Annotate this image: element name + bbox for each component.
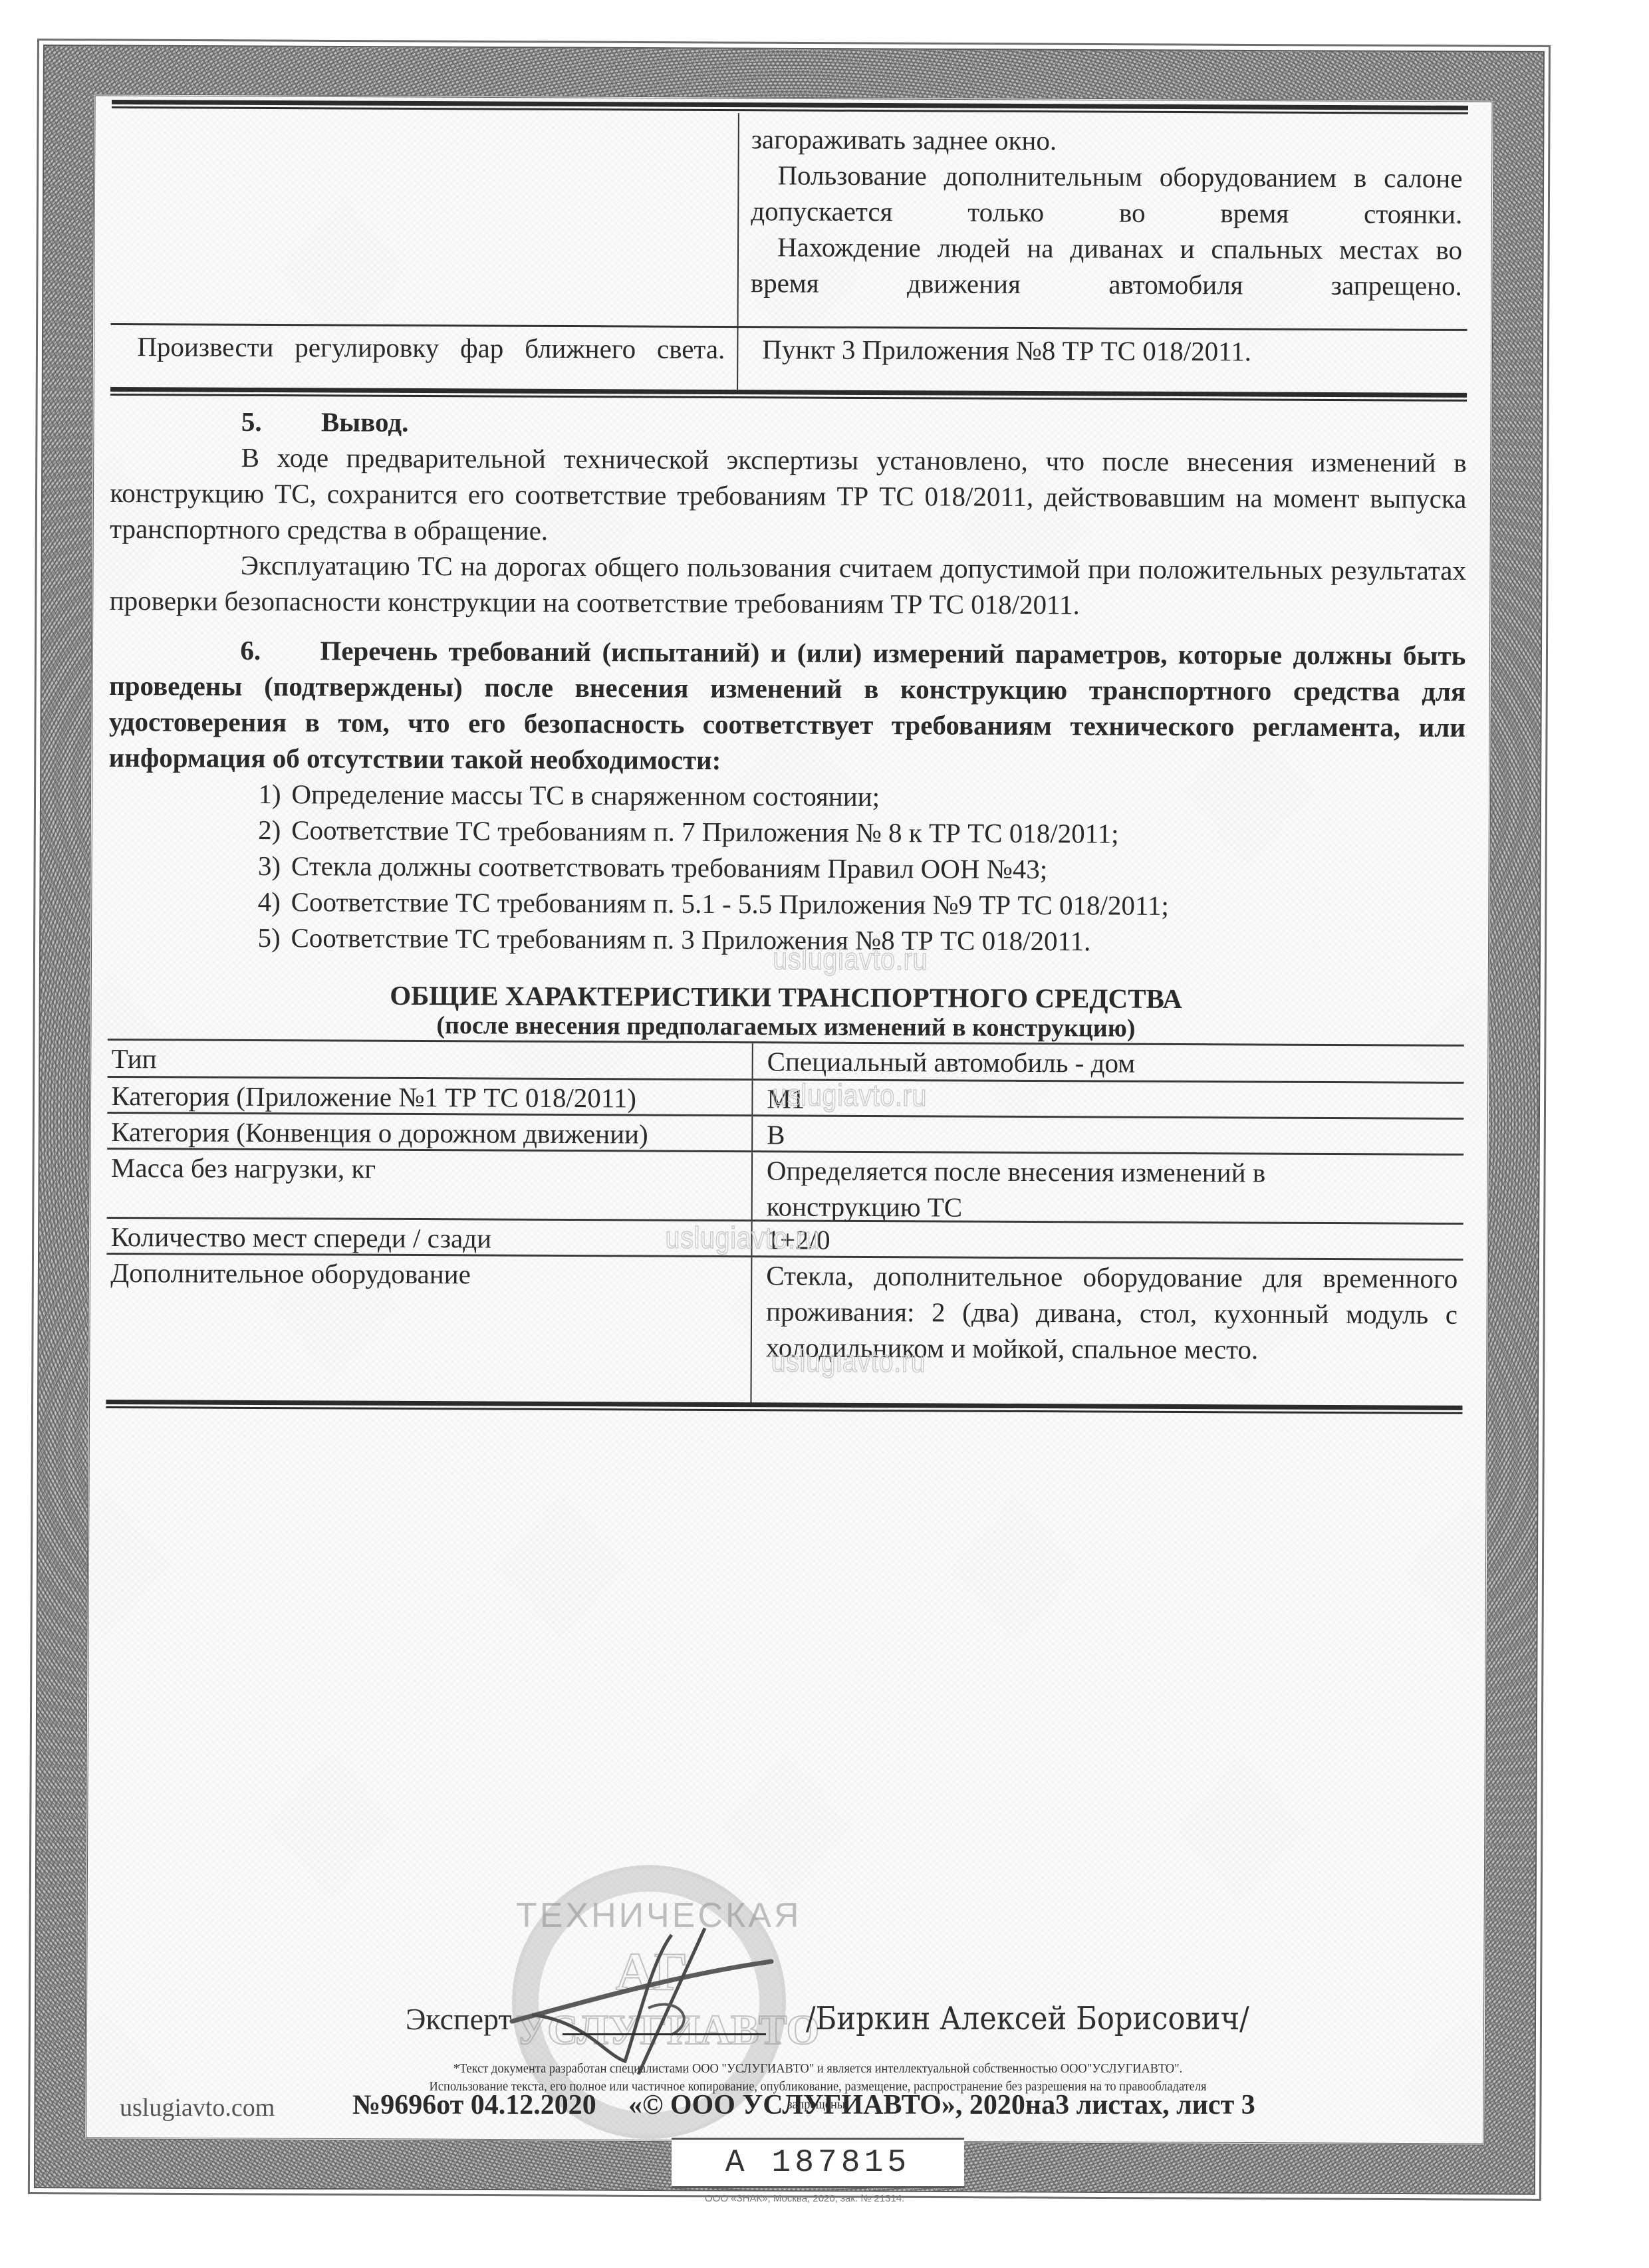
row-label: Количество мест спереди / сзади bbox=[110, 1219, 491, 1256]
row-value: Определяется после внесения изменений в … bbox=[767, 1152, 1365, 1227]
table-row: Масса без нагрузки, кг Определяется посл… bbox=[107, 1148, 1463, 1223]
list-item: 1) Определение массы ТС в снаряженном со… bbox=[258, 776, 1465, 817]
table-column-divider bbox=[750, 1257, 752, 1403]
section-heading: 6. Перечень требований (испытаний) и (ил… bbox=[109, 632, 1466, 781]
list-number: 1) bbox=[258, 776, 291, 812]
row-value: 1+2/0 bbox=[766, 1221, 1458, 1261]
table-cell-right: загораживать заднее окно. Пользование до… bbox=[751, 121, 1463, 304]
handwritten-signature bbox=[505, 1922, 785, 2075]
watermark-text: uslugiavto.ru bbox=[773, 940, 928, 977]
table-cell-left: Произвести регулировку фар ближнего свет… bbox=[113, 328, 725, 367]
row-label: Дополнительное оборудование bbox=[110, 1255, 471, 1292]
signer-name: /Биркин Алексей Борисович/ bbox=[806, 2000, 1249, 2037]
footer-document-number: №9696от 04.12.2020 bbox=[352, 2089, 596, 2121]
cell-text: Пользование дополнительным оборудованием… bbox=[751, 157, 1462, 232]
list-text: Определение массы ТС в снаряженном состо… bbox=[291, 776, 880, 815]
list-text: Стекла должны соответствовать требования… bbox=[291, 848, 1047, 887]
list-text: Соответствие ТС требованиям п. 3 Приложе… bbox=[291, 920, 1090, 959]
document-page: загораживать заднее окно. Пользование до… bbox=[102, 100, 1468, 2167]
list-text: Соответствие ТС требованиям п. 7 Приложе… bbox=[291, 812, 1119, 851]
footer-copyright: «© ООО УСЛУГИАВТО», 2020на3 листах, лист… bbox=[628, 2089, 1255, 2121]
table-row: Категория (Конвенция о дорожном движении… bbox=[107, 1112, 1463, 1154]
list-number: 3) bbox=[258, 848, 291, 884]
section-heading: 5. Вывод. bbox=[110, 403, 1467, 445]
watermark-text: uslugiavto.ru bbox=[771, 1342, 926, 1379]
table-row: Тип Специальный автомобиль - дом bbox=[108, 1039, 1464, 1082]
paragraph: В ходе предварительной технической экспе… bbox=[110, 439, 1467, 553]
table-column-divider bbox=[751, 1152, 753, 1219]
table-row: Дополнительное оборудование Стекла, допо… bbox=[106, 1253, 1463, 1406]
cell-text: загораживать заднее окно. bbox=[751, 121, 1463, 160]
row-label: Категория (Конвенция о дорожном движении… bbox=[111, 1114, 648, 1152]
list-item: 3) Стекла должны соответствовать требова… bbox=[258, 848, 1465, 889]
section-number: 5. bbox=[241, 404, 262, 440]
row-label: Тип bbox=[112, 1041, 157, 1076]
list-number: 5) bbox=[257, 920, 291, 955]
watermark-text: uslugiavto.ru bbox=[665, 1219, 820, 1256]
table-column-divider bbox=[751, 1080, 753, 1114]
list-text: Соответствие ТС требованиям п. 5.1 - 5.5… bbox=[291, 884, 1169, 924]
signer-role: Эксперт bbox=[406, 2001, 512, 2037]
printer-imprint: ООО «ЗНАК», Москва, 2020, зак. № 21314. bbox=[705, 2193, 904, 2204]
list-number: 2) bbox=[258, 812, 291, 848]
row-label: Масса без нагрузки, кг bbox=[111, 1150, 376, 1187]
table-column-divider bbox=[752, 1043, 753, 1078]
section-requirements: 6. Перечень требований (испытаний) и (ил… bbox=[108, 632, 1465, 961]
requirements-list: 1) Определение массы ТС в снаряженном со… bbox=[108, 775, 1465, 961]
list-number: 4) bbox=[258, 884, 291, 920]
list-item: 2) Соответствие ТС требованиям п. 7 Прил… bbox=[258, 812, 1465, 853]
table-bottom-double-rule bbox=[110, 387, 1467, 402]
row-label: Категория (Приложение №1 ТР ТС 018/2011) bbox=[111, 1078, 636, 1116]
cell-text: Нахождение людей на диванах и спальных м… bbox=[751, 229, 1462, 304]
row-value: В bbox=[767, 1116, 1458, 1156]
watermark-text: uslugiavto.ru bbox=[772, 1076, 927, 1113]
section-number: 6. bbox=[240, 632, 261, 668]
disclaimer-line: *Текст документа разработан специалистам… bbox=[402, 2060, 1233, 2078]
blank-serial-number: А 187815 bbox=[672, 2138, 964, 2188]
table-column-divider bbox=[737, 113, 739, 390]
paragraph: Эксплуатацию ТС на дорогах общего пользо… bbox=[110, 547, 1466, 624]
list-item: 4) Соответствие ТС требованиям п. 5.1 - … bbox=[258, 884, 1465, 925]
table-column-divider bbox=[751, 1116, 753, 1150]
signature-line bbox=[563, 2033, 766, 2035]
section-conclusion: 5. Вывод. В ходе предварительной техниче… bbox=[110, 403, 1467, 624]
section-title: Вывод. bbox=[321, 404, 409, 440]
footer-website: uslugiavto.com bbox=[120, 2093, 275, 2122]
table-cell-right: Пункт 3 Приложения №8 ТР ТС 018/2011. bbox=[762, 331, 1460, 370]
section-title: Перечень требований (испытаний) и (или) … bbox=[109, 632, 1466, 781]
